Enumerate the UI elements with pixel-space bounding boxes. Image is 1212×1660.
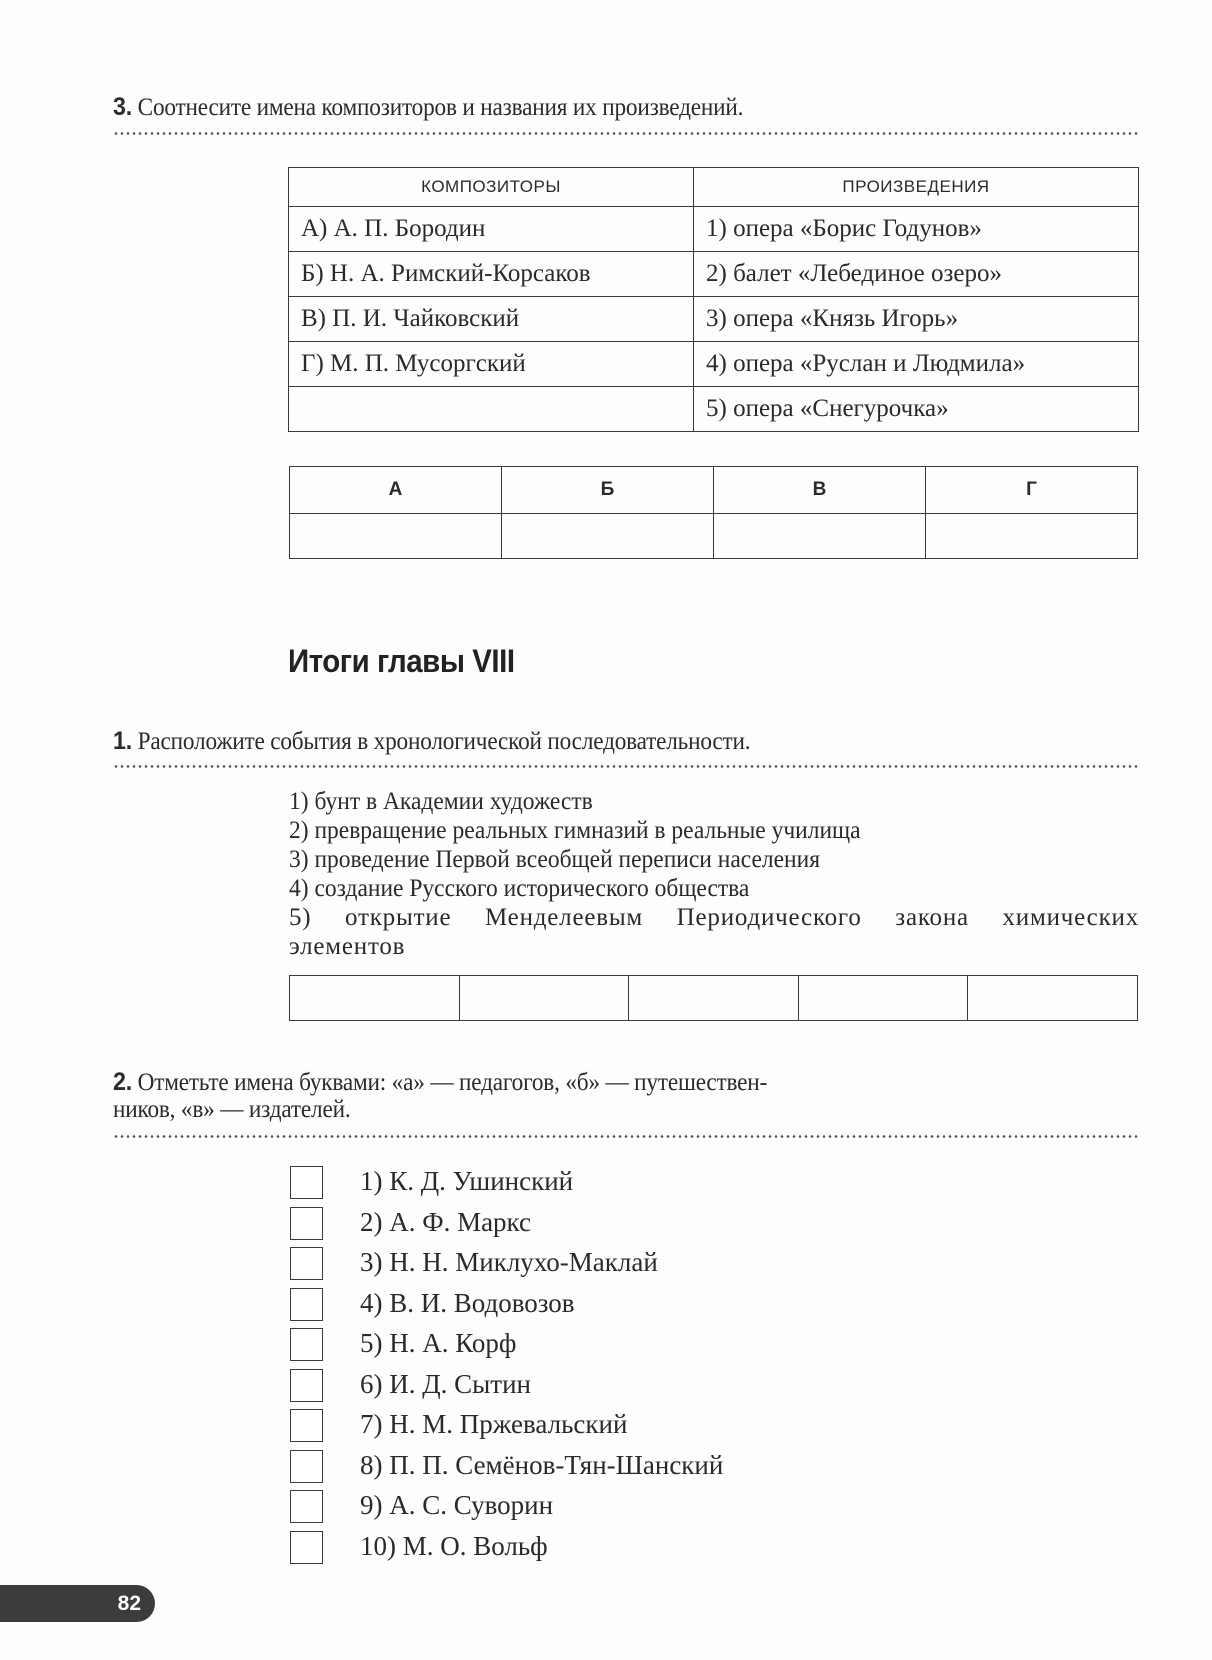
answer-checkbox[interactable] (290, 1409, 323, 1442)
table-row: Г) М. П. Мусоргский 4) опера «Руслан и Л… (289, 342, 1139, 387)
event-item: 2) превращение реальных гимназий в реаль… (289, 816, 1088, 845)
task3-number: 3. (113, 93, 132, 121)
list-item: 6) И. Д. Сытин (290, 1369, 723, 1410)
composer-cell (289, 387, 694, 432)
list-item: 1) К. Д. Ушинский (290, 1166, 723, 1207)
task1-answer-table (289, 975, 1138, 1021)
names-list: 1) К. Д. Ушинский 2) А. Ф. Маркс 3) Н. Н… (290, 1166, 723, 1571)
list-item: 9) А. С. Суворин (290, 1490, 723, 1531)
task1-title: 1. Расположите события в хронологической… (113, 727, 750, 756)
column-header-works: ПРОИЗВЕДЕНИЯ (694, 168, 1139, 207)
name-label: 2) А. Ф. Маркс (360, 1207, 531, 1237)
page-number: 82 (118, 1592, 141, 1616)
table-row: В) П. И. Чайковский 3) опера «Князь Игор… (289, 297, 1139, 342)
name-label: 8) П. П. Семёнов-Тян-Шанский (360, 1450, 723, 1480)
name-label: 6) И. Д. Сытин (360, 1369, 531, 1399)
dotted-rule (113, 1135, 1140, 1138)
table-row: А) А. П. Бородин 1) опера «Борис Годунов… (289, 207, 1139, 252)
name-label: 1) К. Д. Ушинский (360, 1166, 573, 1196)
answer-header-row: А Б В Г (290, 467, 1138, 514)
task2-text-line2: ников, «в» — издателей. (113, 1096, 350, 1123)
event-item: 3) проведение Первой всеобщей переписи н… (289, 845, 1088, 874)
answer-checkbox[interactable] (290, 1288, 323, 1321)
answer-cell-v[interactable] (714, 514, 926, 559)
task1-text: Расположите события в хронологической по… (138, 728, 751, 755)
work-cell: 4) опера «Руслан и Людмила» (694, 342, 1139, 387)
page-number-tab: 82 (0, 1585, 155, 1622)
answer-header-b: Б (502, 467, 714, 514)
answer-cell[interactable] (798, 976, 968, 1021)
event-item: 1) бунт в Академии художеств (289, 787, 1088, 816)
list-item: 4) В. И. Водовозов (290, 1288, 723, 1329)
list-item: 5) Н. А. Корф (290, 1328, 723, 1369)
work-cell: 3) опера «Князь Игорь» (694, 297, 1139, 342)
column-header-composers: КОМПОЗИТОРЫ (289, 168, 694, 207)
name-label: 7) Н. М. Пржевальский (360, 1409, 627, 1439)
event-item: 5) открытие Менделеевым Периодического з… (289, 903, 1139, 961)
answer-header-v: В (714, 467, 926, 514)
event-item: 4) создание Русского исторического общес… (289, 874, 1088, 903)
name-label: 9) А. С. Суворин (360, 1490, 553, 1520)
list-item: 3) Н. Н. Миклухо-Маклай (290, 1247, 723, 1288)
composers-table: КОМПОЗИТОРЫ ПРОИЗВЕДЕНИЯ А) А. П. Бороди… (288, 167, 1139, 432)
task3-answer-table: А Б В Г (289, 466, 1138, 559)
answer-input-row (290, 514, 1138, 559)
table-row: Б) Н. А. Римский-Корсаков 2) балет «Лебе… (289, 252, 1139, 297)
answer-header-g: Г (926, 467, 1138, 514)
section-heading: Итоги главы VIII (288, 643, 515, 680)
dotted-rule (113, 765, 1140, 768)
answer-cell-b[interactable] (502, 514, 714, 559)
table-header-row: КОМПОЗИТОРЫ ПРОИЗВЕДЕНИЯ (289, 168, 1139, 207)
list-item: 7) Н. М. Пржевальский (290, 1409, 723, 1450)
dotted-rule (113, 132, 1140, 135)
name-label: 3) Н. Н. Миклухо-Маклай (360, 1247, 658, 1277)
task2-text-line1: Отметьте имена буквами: «а» — педагогов,… (138, 1069, 767, 1096)
answer-checkbox[interactable] (290, 1247, 323, 1280)
composer-cell: Б) Н. А. Римский-Корсаков (289, 252, 694, 297)
answer-checkbox[interactable] (290, 1531, 323, 1564)
answer-input-row (290, 976, 1138, 1021)
task3-text: Соотнесите имена композиторов и названия… (138, 94, 744, 121)
list-item: 10) М. О. Вольф (290, 1531, 723, 1572)
answer-cell-g[interactable] (926, 514, 1138, 559)
answer-cell[interactable] (968, 976, 1138, 1021)
work-cell: 1) опера «Борис Годунов» (694, 207, 1139, 252)
answer-cell-a[interactable] (290, 514, 502, 559)
answer-checkbox[interactable] (290, 1166, 323, 1199)
task2-title-line2: ников, «в» — издателей. (113, 1096, 350, 1124)
answer-checkbox[interactable] (290, 1328, 323, 1361)
task1-number: 1. (113, 727, 132, 755)
answer-checkbox[interactable] (290, 1369, 323, 1402)
events-list: 1) бунт в Академии художеств 2) превраще… (289, 787, 1139, 961)
answer-checkbox[interactable] (290, 1207, 323, 1240)
composer-cell: А) А. П. Бородин (289, 207, 694, 252)
list-item: 8) П. П. Семёнов-Тян-Шанский (290, 1450, 723, 1491)
composer-cell: Г) М. П. Мусоргский (289, 342, 694, 387)
task2-title: 2. Отметьте имена буквами: «а» — педагог… (113, 1068, 767, 1097)
task2-number: 2. (113, 1068, 132, 1096)
name-label: 5) Н. А. Корф (360, 1328, 516, 1358)
name-label: 4) В. И. Водовозов (360, 1288, 575, 1318)
answer-cell[interactable] (459, 976, 629, 1021)
answer-checkbox[interactable] (290, 1490, 323, 1523)
work-cell: 5) опера «Снегурочка» (694, 387, 1139, 432)
composer-cell: В) П. И. Чайковский (289, 297, 694, 342)
task3-title: 3. Соотнесите имена композиторов и назва… (113, 93, 743, 122)
answer-cell[interactable] (290, 976, 460, 1021)
name-label: 10) М. О. Вольф (360, 1531, 548, 1561)
work-cell: 2) балет «Лебединое озеро» (694, 252, 1139, 297)
answer-checkbox[interactable] (290, 1450, 323, 1483)
list-item: 2) А. Ф. Маркс (290, 1207, 723, 1248)
answer-header-a: А (290, 467, 502, 514)
answer-cell[interactable] (629, 976, 799, 1021)
table-row: 5) опера «Снегурочка» (289, 387, 1139, 432)
